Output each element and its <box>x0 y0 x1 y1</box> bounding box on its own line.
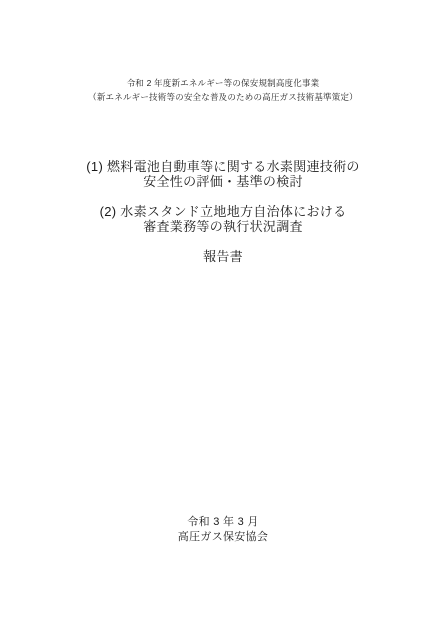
document-cover-page: 令和 2 年度新エネルギー等の保安規制高度化事業 （新エネルギー技術等の安全な普… <box>0 0 446 630</box>
title-item-2: (2) 水素スタンド立地地方自治体における 審査業務等の執行状況調査 <box>0 204 446 234</box>
project-header: 令和 2 年度新エネルギー等の保安規制高度化事業 （新エネルギー技術等の安全な普… <box>0 76 446 104</box>
title-item-2-line-1: (2) 水素スタンド立地地方自治体における <box>0 204 446 219</box>
project-subtitle: （新エネルギー技術等の安全な普及のための高圧ガス技術基準策定） <box>0 90 446 104</box>
title-item-2-line-2: 審査業務等の執行状況調査 <box>0 219 446 234</box>
publication-date: 令和 3 年 3 月 <box>0 515 446 530</box>
title-item-1-line-1: (1) 燃料電池自動車等に関する水素関連技術の <box>0 159 446 174</box>
cover-footer: 令和 3 年 3 月 高圧ガス保安協会 <box>0 515 446 545</box>
report-title: (1) 燃料電池自動車等に関する水素関連技術の 安全性の評価・基準の検討 (2)… <box>0 159 446 264</box>
organization-name: 高圧ガス保安協会 <box>0 530 446 545</box>
title-item-1-line-2: 安全性の評価・基準の検討 <box>0 174 446 189</box>
title-item-1: (1) 燃料電池自動車等に関する水素関連技術の 安全性の評価・基準の検討 <box>0 159 446 189</box>
document-type-label: 報告書 <box>0 249 446 264</box>
project-name: 令和 2 年度新エネルギー等の保安規制高度化事業 <box>0 76 446 90</box>
